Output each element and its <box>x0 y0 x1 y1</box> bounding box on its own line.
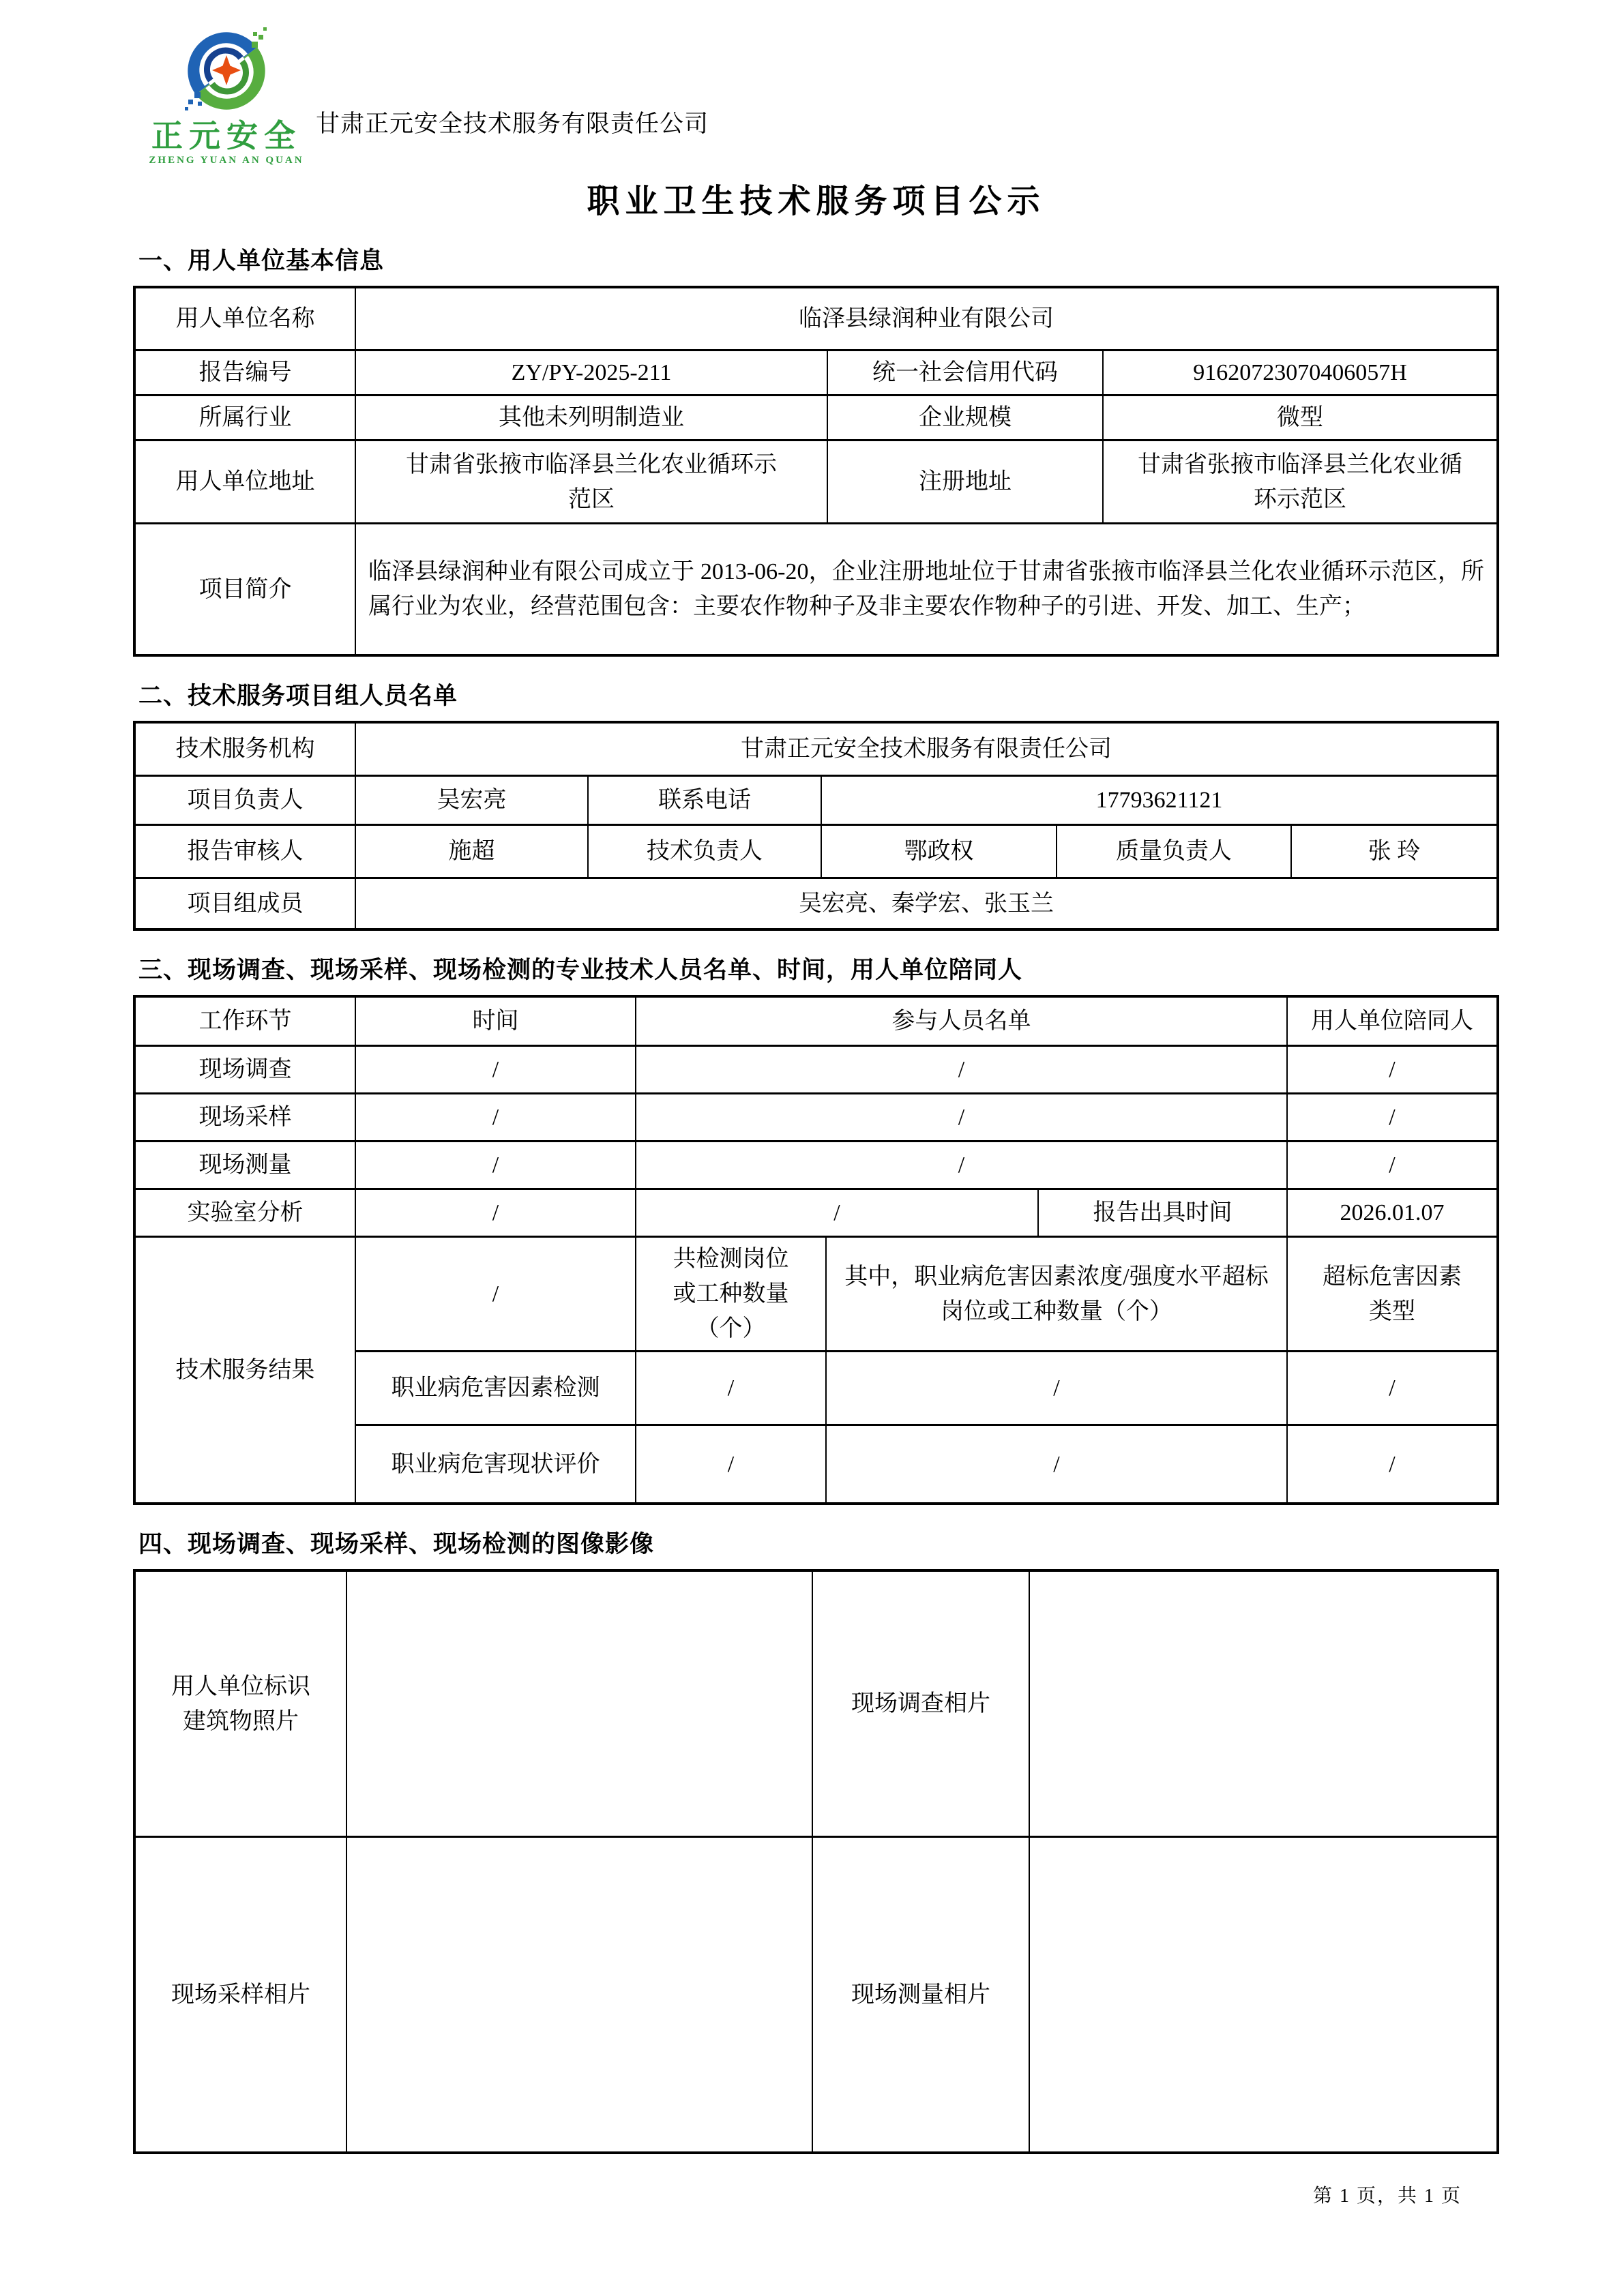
col-header-step: 工作环节 <box>136 998 356 1045</box>
survey-step-label: 现场调查 <box>136 1047 356 1092</box>
measure-photo-label: 现场测量相片 <box>813 1838 1030 2151</box>
contact-phone-label: 联系电话 <box>589 777 822 824</box>
sampling-time-value: / <box>356 1094 636 1140</box>
survey-time-value: / <box>356 1047 636 1092</box>
page-number: 第 1 页，共 1 页 <box>1313 2181 1462 2208</box>
subtable-row: 职业病危害因素检测 / / / <box>356 1352 1496 1426</box>
subtable-header-row: / 共检测岗位或工种数量（个） 其中，职业病危害因素浓度/强度水平超标岗位或工种… <box>356 1238 1496 1352</box>
lab-participants-value: / <box>636 1190 1039 1236</box>
hazard-evaluation-label: 职业病危害现状评价 <box>356 1426 636 1502</box>
table-row: 项目负责人 吴宏亮 联系电话 17793621121 <box>136 777 1496 826</box>
detection-count-value: / <box>636 1352 827 1424</box>
table-row: 报告审核人 施超 技术负责人 鄂政权 质量负责人 张 玲 <box>136 826 1496 879</box>
measure-participants-value: / <box>636 1142 1288 1188</box>
table-row: 用人单位标识建筑物照片 现场调查相片 <box>136 1572 1496 1838</box>
scale-label: 企业规模 <box>828 396 1104 439</box>
table-row: 报告编号 ZY/PY-2025-211 统一社会信用代码 91620723070… <box>136 351 1496 396</box>
measure-photo-placeholder <box>1030 1838 1496 2151</box>
project-leader-value: 吴宏亮 <box>356 777 589 824</box>
col-header-participants: 参与人员名单 <box>636 998 1288 1045</box>
site-work-table: 工作环节 时间 参与人员名单 用人单位陪同人 现场调查 / / / 现场采样 /… <box>133 995 1499 1505</box>
survey-participants-value: / <box>636 1047 1288 1092</box>
evaluation-count-value: / <box>636 1426 827 1502</box>
credit-code-label: 统一社会信用代码 <box>828 351 1104 394</box>
measure-time-value: / <box>356 1142 636 1188</box>
survey-photo-placeholder <box>1030 1572 1496 1836</box>
survey-photo-label: 现场调查相片 <box>813 1572 1030 1836</box>
hazard-detection-label: 职业病危害因素检测 <box>356 1352 636 1424</box>
section-heading-site-work: 三、现场调查、现场采样、现场检测的专业技术人员名单、时间，用人单位陪同人 <box>138 951 1499 985</box>
report-no-label: 报告编号 <box>136 351 356 394</box>
service-result-subtable: / 共检测岗位或工种数量（个） 其中，职业病危害因素浓度/强度水平超标岗位或工种… <box>356 1238 1496 1502</box>
table-row: 实验室分析 / / 报告出具时间 2026.01.07 <box>136 1190 1496 1238</box>
detection-exceed-value: / <box>827 1352 1288 1424</box>
service-org-label: 技术服务机构 <box>136 724 356 775</box>
tech-lead-label: 技术负责人 <box>589 826 822 877</box>
project-intro-value: 临泽县绿润种业有限公司成立于 2013-06-20，企业注册地址位于甘肃省张掖市… <box>356 524 1496 654</box>
basic-info-table: 用人单位名称 临泽县绿润种业有限公司 报告编号 ZY/PY-2025-211 统… <box>133 286 1499 657</box>
credit-code-value: 91620723070406057H <box>1104 351 1496 394</box>
sampling-photo-placeholder <box>347 1838 813 2151</box>
table-row: 项目组成员 吴宏亮、秦学宏、张玉兰 <box>136 879 1496 928</box>
measure-step-label: 现场测量 <box>136 1142 356 1188</box>
table-row: 用人单位名称 临泽县绿润种业有限公司 <box>136 288 1496 351</box>
letterhead: 正元安全 ZHENG YUAN AN QUAN 甘肃正元安全技术服务有限责任公司 <box>133 18 1499 166</box>
sampling-photo-label: 现场采样相片 <box>136 1838 347 2151</box>
report-no-value: ZY/PY-2025-211 <box>356 351 828 394</box>
survey-escort-value: / <box>1288 1047 1496 1092</box>
project-intro-label: 项目简介 <box>136 524 356 654</box>
lab-analysis-label: 实验室分析 <box>136 1190 356 1236</box>
report-date-value: 2026.01.07 <box>1288 1190 1496 1236</box>
photos-table: 用人单位标识建筑物照片 现场调查相片 现场采样相片 现场测量相片 <box>133 1569 1499 2154</box>
col-header-time: 时间 <box>356 998 636 1045</box>
lab-time-value: / <box>356 1190 636 1236</box>
report-date-label: 报告出具时间 <box>1039 1190 1288 1236</box>
report-reviewer-label: 报告审核人 <box>136 826 356 877</box>
page: { "colors": { "logo_blue": "#1f63b5", "l… <box>0 0 1624 2296</box>
exceed-factor-type-header: 超标危害因素类型 <box>1288 1238 1496 1350</box>
employer-name-label: 用人单位名称 <box>136 288 356 349</box>
sampling-step-label: 现场采样 <box>136 1094 356 1140</box>
subtable-row: 职业病危害现状评价 / / / <box>356 1426 1496 1502</box>
star-icon <box>212 55 241 85</box>
quality-lead-value: 张 玲 <box>1292 826 1496 877</box>
detection-type-value: / <box>1288 1352 1496 1424</box>
industry-label: 所属行业 <box>136 396 356 439</box>
contact-phone-value: 17793621121 <box>822 777 1496 824</box>
table-row: 所属行业 其他未列明制造业 企业规模 微型 <box>136 396 1496 441</box>
section-heading-photos: 四、现场调查、现场采样、现场检测的图像影像 <box>138 1525 1499 1560</box>
sampling-escort-value: / <box>1288 1094 1496 1140</box>
team-table: 技术服务机构 甘肃正元安全技术服务有限责任公司 项目负责人 吴宏亮 联系电话 1… <box>133 721 1499 931</box>
team-members-value: 吴宏亮、秦学宏、张玉兰 <box>356 879 1496 928</box>
section-heading-team: 二、技术服务项目组人员名单 <box>138 677 1499 711</box>
logo-tagline: ZHENG YUAN AN QUAN <box>141 155 312 166</box>
scale-value: 微型 <box>1104 396 1496 439</box>
service-result-label: 技术服务结果 <box>136 1238 356 1502</box>
measure-escort-value: / <box>1288 1142 1496 1188</box>
table-row: 现场调查 / / / <box>136 1047 1496 1094</box>
table-row: 技术服务机构 甘肃正元安全技术服务有限责任公司 <box>136 724 1496 777</box>
team-members-label: 项目组成员 <box>136 879 356 928</box>
building-photo-label: 用人单位标识建筑物照片 <box>136 1572 347 1836</box>
employer-name-value: 临泽县绿润种业有限公司 <box>356 288 1496 349</box>
tech-lead-value: 鄂政权 <box>822 826 1057 877</box>
document-body: 正元安全 ZHENG YUAN AN QUAN 甘肃正元安全技术服务有限责任公司… <box>133 0 1499 2154</box>
registered-address-value: 甘肃省张掖市临泽县兰化农业循环示范区 <box>1104 441 1496 522</box>
employer-address-label: 用人单位地址 <box>136 441 356 522</box>
service-org-value: 甘肃正元安全技术服务有限责任公司 <box>356 724 1496 775</box>
company-logo: 正元安全 ZHENG YUAN AN QUAN <box>141 17 312 166</box>
quality-lead-label: 质量负责人 <box>1057 826 1292 877</box>
company-name: 甘肃正元安全技术服务有限责任公司 <box>316 105 709 139</box>
company-logo-icon <box>181 17 272 119</box>
table-row: 用人单位地址 甘肃省张掖市临泽县兰化农业循环示范区 注册地址 甘肃省张掖市临泽县… <box>136 441 1496 524</box>
report-reviewer-value: 施超 <box>356 826 589 877</box>
employer-address-value: 甘肃省张掖市临泽县兰化农业循环示范区 <box>356 441 828 522</box>
logo-wordmark: 正元安全 <box>141 119 312 152</box>
col-header-escort: 用人单位陪同人 <box>1288 998 1496 1045</box>
detected-posts-header: 共检测岗位或工种数量（个） <box>636 1238 827 1350</box>
table-header-row: 工作环节 时间 参与人员名单 用人单位陪同人 <box>136 998 1496 1047</box>
registered-address-label: 注册地址 <box>828 441 1104 522</box>
table-row: 现场采样 / / / <box>136 1094 1496 1142</box>
section-heading-basic-info: 一、用人单位基本信息 <box>138 242 1499 276</box>
result-slash-value: / <box>356 1238 636 1350</box>
table-row: 现场采样相片 现场测量相片 <box>136 1838 1496 2151</box>
table-row: 项目简介 临泽县绿润种业有限公司成立于 2013-06-20，企业注册地址位于甘… <box>136 524 1496 654</box>
evaluation-exceed-value: / <box>827 1426 1288 1502</box>
sampling-participants-value: / <box>636 1094 1288 1140</box>
page-title: 职业卫生技术服务项目公示 <box>133 175 1499 222</box>
table-row-group: 技术服务结果 / 共检测岗位或工种数量（个） 其中，职业病危害因素浓度/强度水平… <box>136 1238 1496 1502</box>
evaluation-type-value: / <box>1288 1426 1496 1502</box>
industry-value: 其他未列明制造业 <box>356 396 828 439</box>
exceed-posts-header: 其中，职业病危害因素浓度/强度水平超标岗位或工种数量（个） <box>827 1238 1288 1350</box>
table-row: 现场测量 / / / <box>136 1142 1496 1190</box>
project-leader-label: 项目负责人 <box>136 777 356 824</box>
building-photo-placeholder <box>347 1572 813 1836</box>
